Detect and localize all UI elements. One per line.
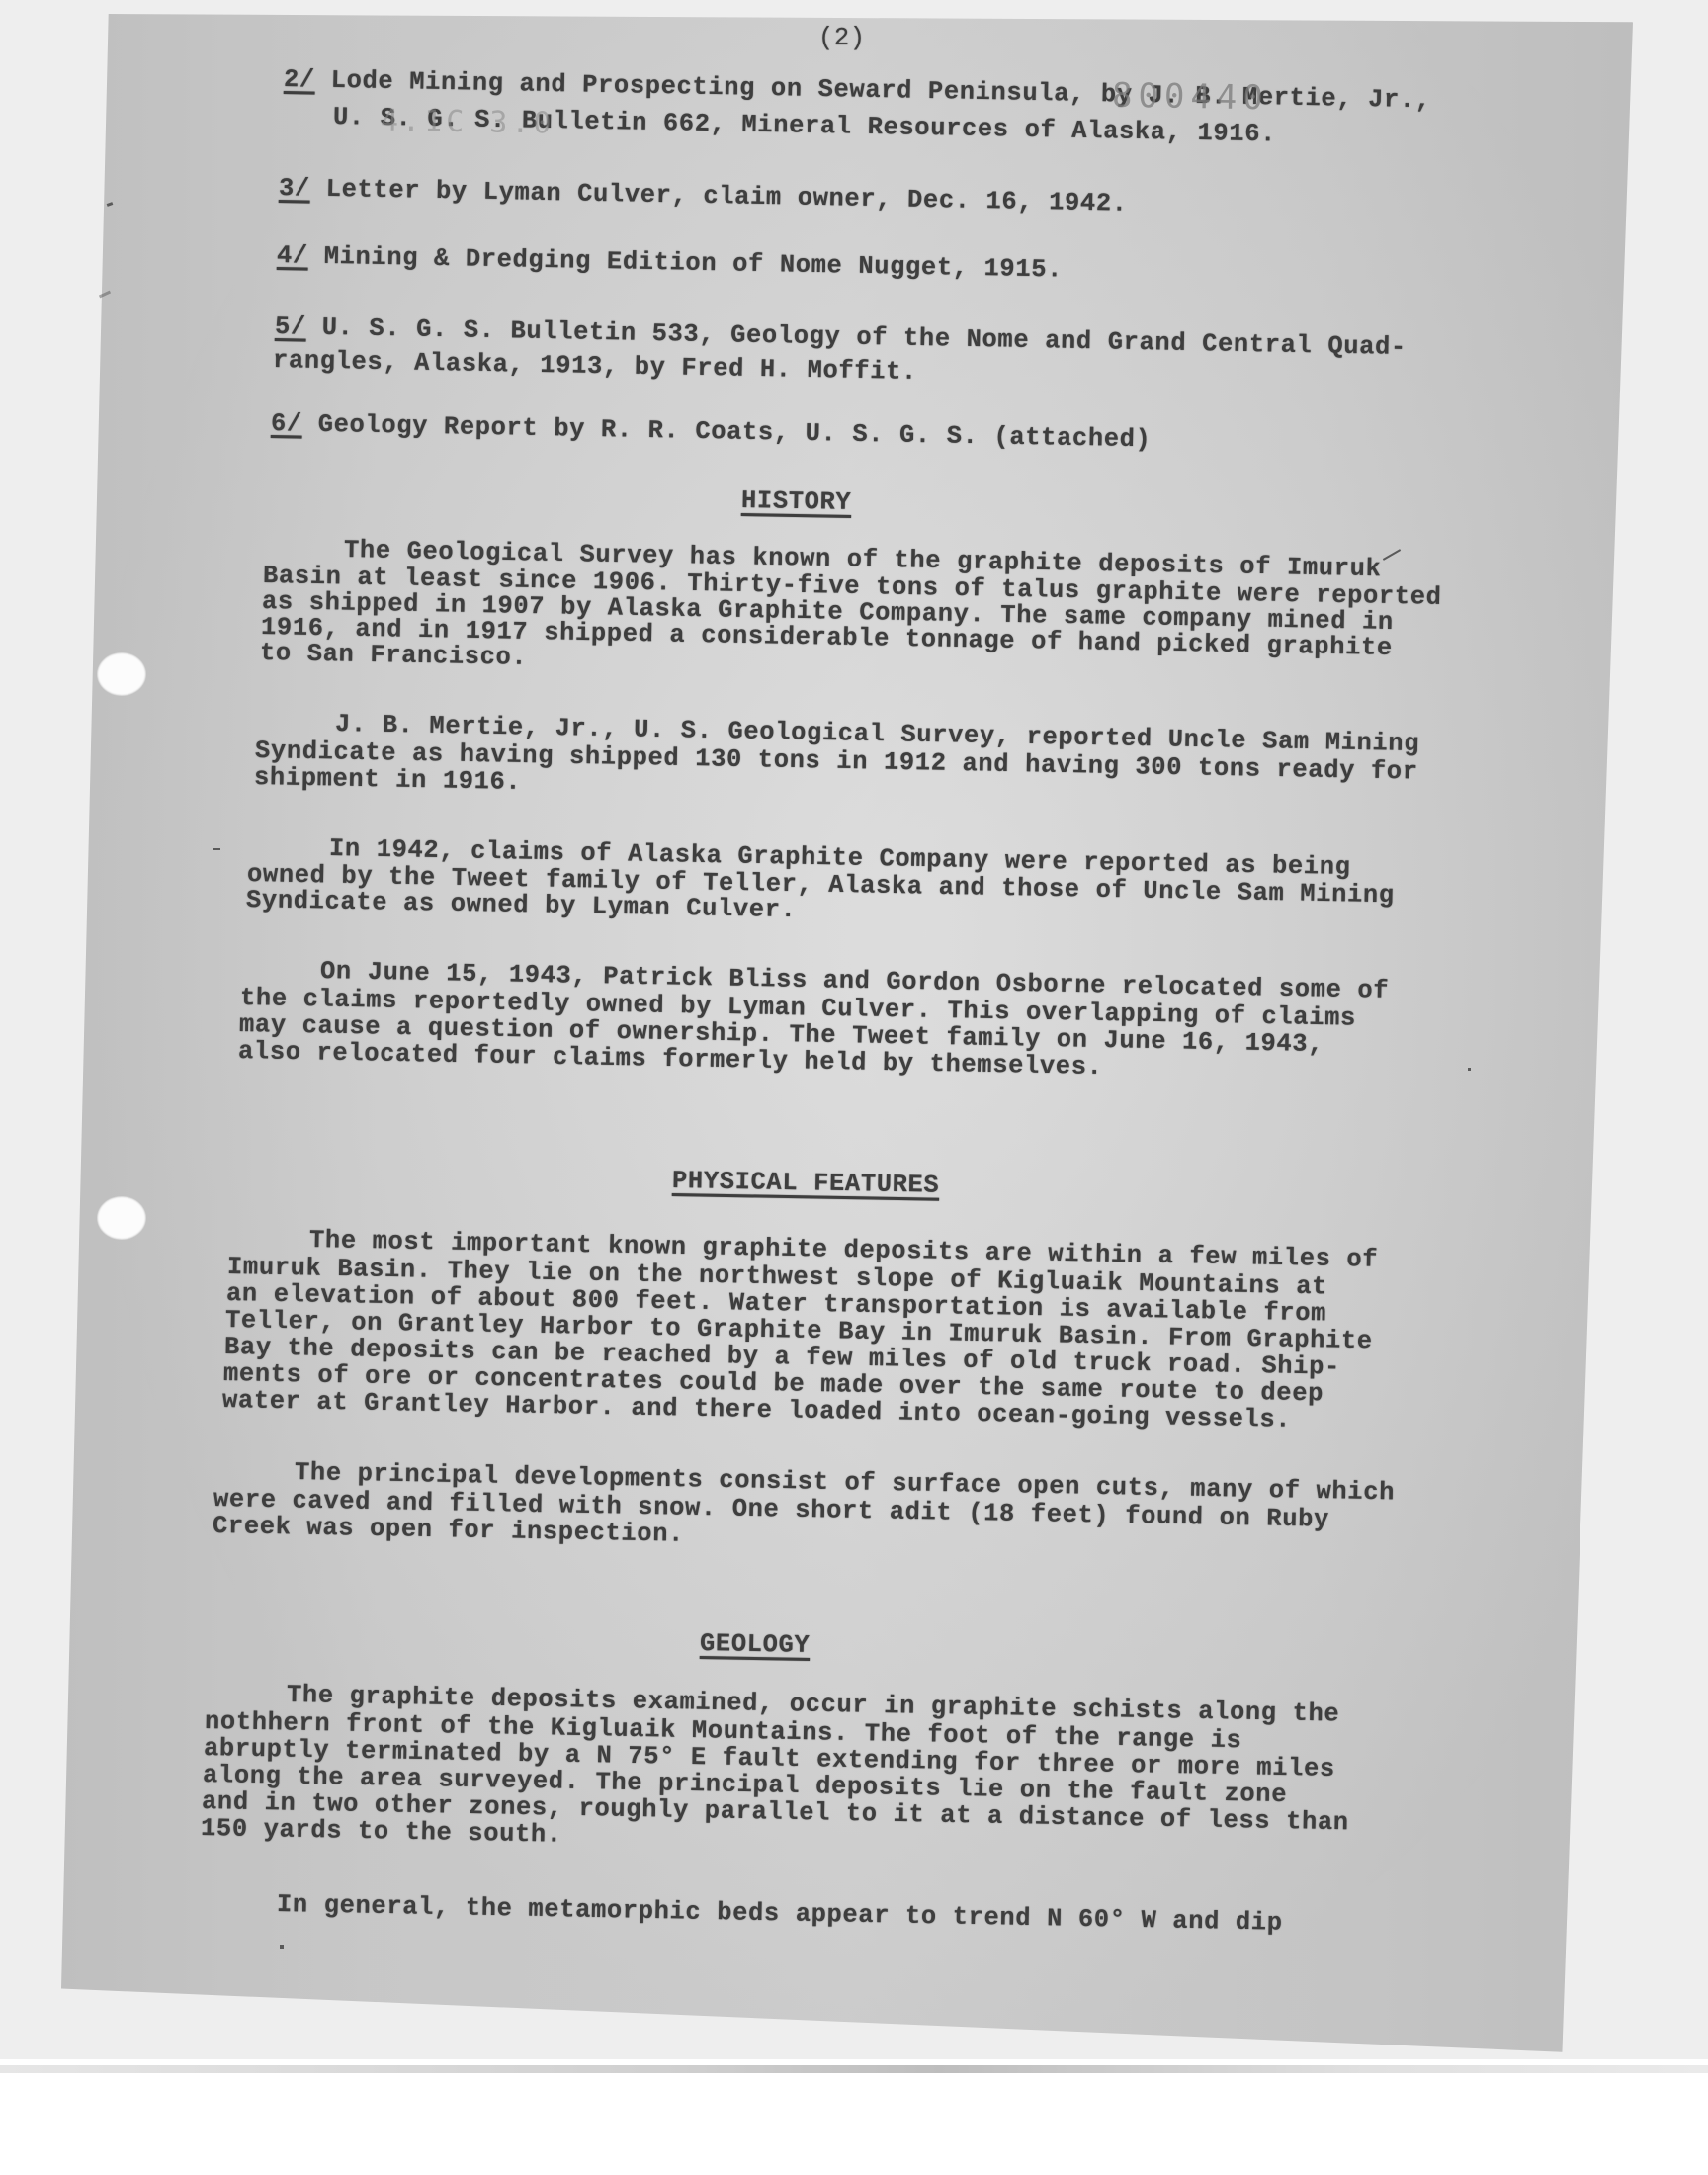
heading-history: HISTORY [741,486,852,518]
scan-speck [280,1945,284,1949]
stamp-overprint: 4.1C 3.0 [381,103,555,140]
punch-hole [97,652,146,696]
history-p2-line-3: shipment in 1916. [254,763,522,798]
punch-hole [97,1196,146,1240]
stamp-number: 800440 [1112,76,1270,119]
heading-physical-features: PHYSICAL FEATURES [672,1167,940,1201]
scan-speck [213,848,220,850]
footnote-marker: 4/ [277,241,308,271]
heading-geology: GEOLOGY [700,1629,811,1661]
footnote-marker: 3/ [279,174,310,204]
footnote-marker: 5/ [275,312,306,342]
scan-artifact-strip [0,2065,1708,2073]
footnote-marker: 2/ [284,65,315,95]
scan-speck [1468,1068,1471,1071]
page-number: (2) [818,24,866,53]
footnote-marker: 6/ [271,409,302,439]
history-p1-line-5: to San Francisco. [260,639,528,673]
